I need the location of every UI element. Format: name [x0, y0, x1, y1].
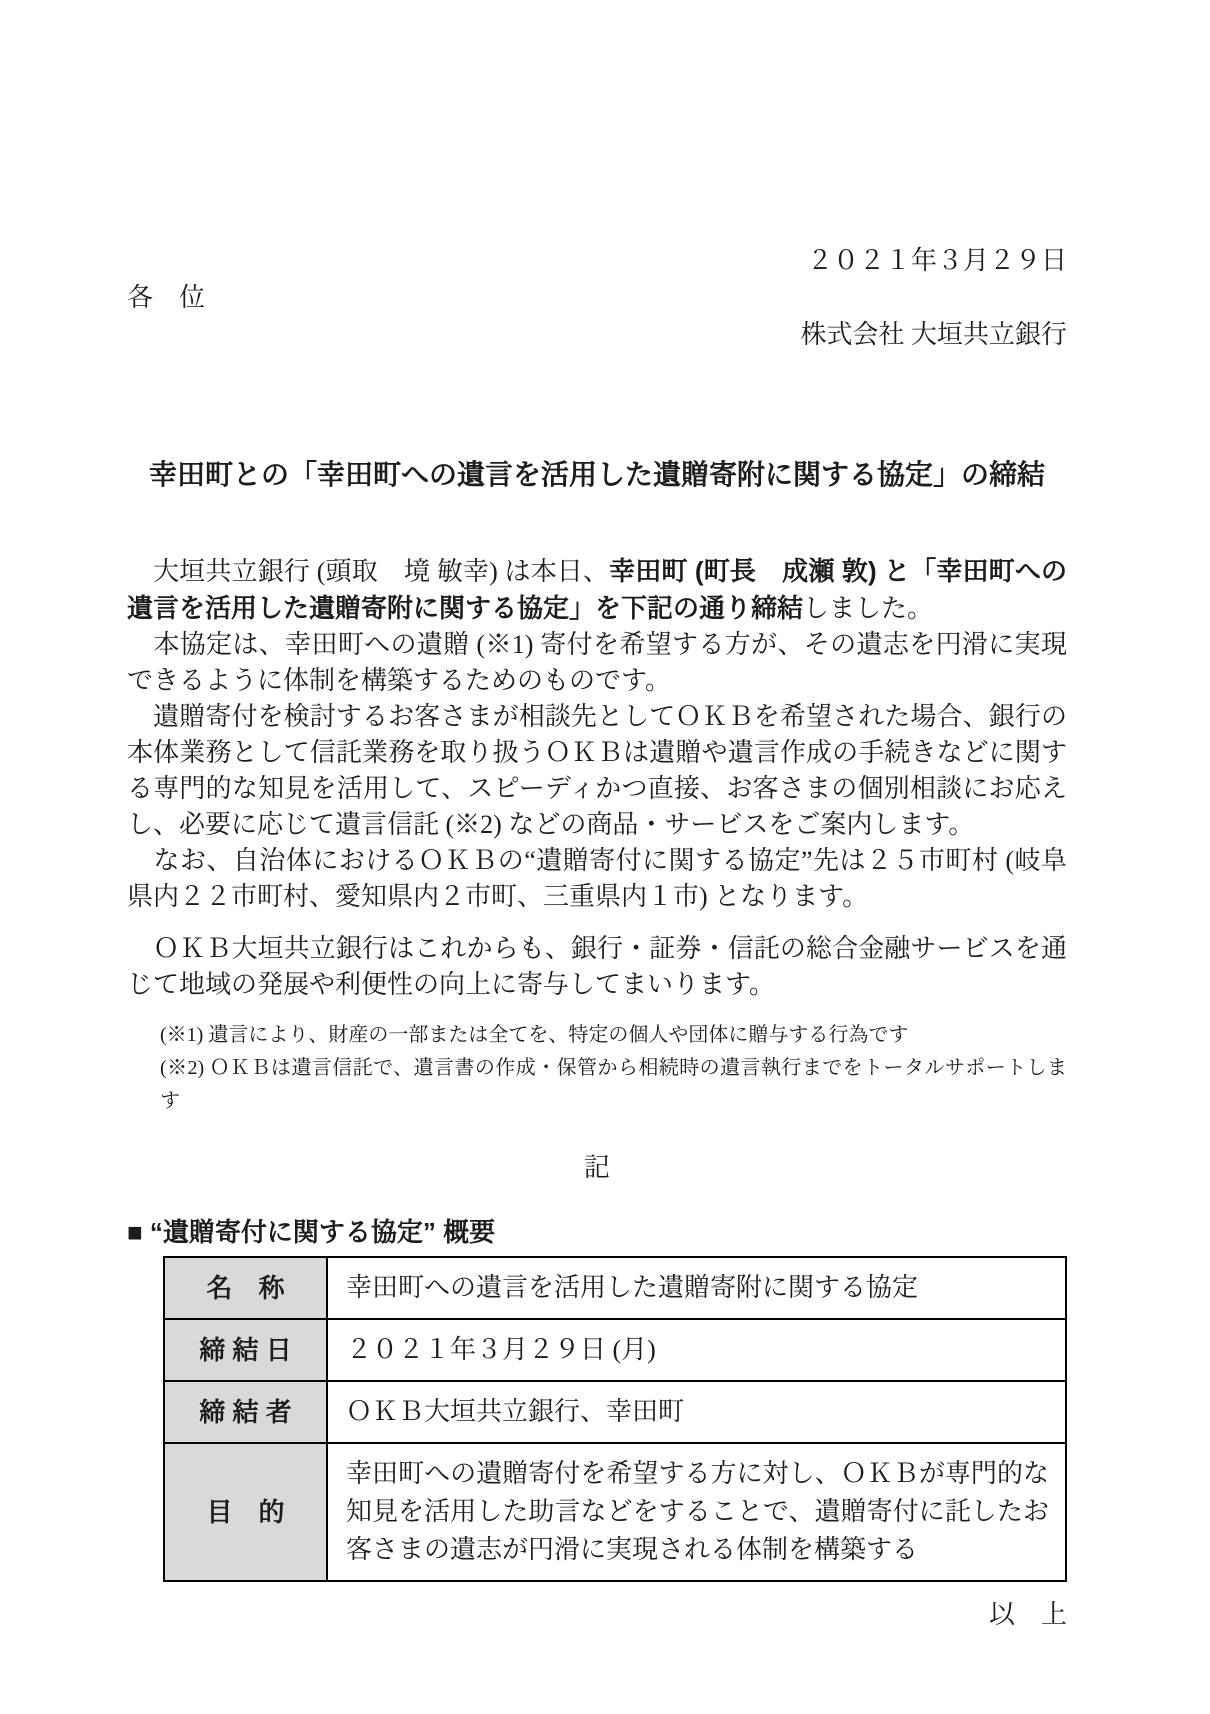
table-row-purpose: 目 的 幸田町への遺贈寄付を希望する方に対し、ＯＫＢが専門的な知見を活用した助言… [164, 1443, 1066, 1581]
row-value-date: ２０２１年３月２９日 (月) [327, 1319, 1066, 1381]
addressee: 各 位 [127, 279, 1067, 316]
footnote-2: (※2) ＯＫＢは遺言信託で、遺言書の作成・保管から相続時の遺言執行までをトータ… [160, 1052, 1067, 1118]
document-title: 幸田町との「幸田町への遺言を活用した遺贈寄附に関する協定」の締結 [127, 455, 1067, 495]
body-paragraph-2: 本協定は、幸田町への遺贈 (※1) 寄付を希望する方が、その遺志を円滑に実現でき… [127, 627, 1067, 699]
closing-mark: 以 上 [127, 1596, 1067, 1633]
section-heading: ■ “遺贈寄付に関する協定” 概要 [127, 1214, 1067, 1250]
paragraph-1-lead: 大垣共立銀行 (頭取 境 敏幸) は本日、 [127, 557, 609, 586]
body-paragraph-5: ＯＫＢ大垣共立銀行はこれからも、銀行・証券・信託の総合金融サービスを通じて地域の… [127, 931, 1067, 1003]
table-row-parties: 締 結 者 ＯＫＢ大垣共立銀行、幸田町 [164, 1381, 1066, 1443]
table-row-date: 締 結 日 ２０２１年３月２９日 (月) [164, 1319, 1066, 1381]
paragraph-1-tail: しました。 [803, 594, 933, 623]
row-label-purpose: 目 的 [164, 1443, 327, 1581]
row-label-name: 名 称 [164, 1257, 327, 1319]
press-release-page: ２０２１年３月２９日 各 位 株式会社 大垣共立銀行 幸田町との「幸田町への遺言… [0, 0, 1210, 1714]
company-name: 株式会社 大垣共立銀行 [127, 316, 1067, 353]
row-value-name: 幸田町への遺言を活用した遺贈寄附に関する協定 [327, 1257, 1066, 1319]
document-date: ２０２１年３月２９日 [127, 0, 1067, 279]
body-paragraph-4: なお、自治体におけるＯＫＢの“遺贈寄付に関する協定”先は２５市町村 (岐阜県内２… [127, 843, 1067, 915]
table-row-name: 名 称 幸田町への遺言を活用した遺贈寄附に関する協定 [164, 1257, 1066, 1319]
row-label-parties: 締 結 者 [164, 1381, 327, 1443]
row-value-parties: ＯＫＢ大垣共立銀行、幸田町 [327, 1381, 1066, 1443]
ki-marker: 記 [127, 1150, 1067, 1186]
body-text: 大垣共立銀行 (頭取 境 敏幸) は本日、幸田町 (町長 成瀬 敦) と「幸田町… [127, 553, 1067, 1003]
footnote-1: (※1) 遺言により、財産の一部または全てを、特定の個人や団体に贈与する行為です [160, 1019, 1067, 1052]
body-paragraph-1: 大垣共立銀行 (頭取 境 敏幸) は本日、幸田町 (町長 成瀬 敦) と「幸田町… [127, 553, 1067, 627]
footnotes: (※1) 遺言により、財産の一部または全てを、特定の個人や団体に贈与する行為です… [160, 1019, 1067, 1118]
row-label-date: 締 結 日 [164, 1319, 327, 1381]
agreement-summary-table: 名 称 幸田町への遺言を活用した遺贈寄附に関する協定 締 結 日 ２０２１年３月… [163, 1256, 1067, 1582]
body-paragraph-3: 遺贈寄付を検討するお客さまが相談先としてＯＫＢを希望された場合、銀行の本体業務と… [127, 699, 1067, 843]
row-value-purpose: 幸田町への遺贈寄付を希望する方に対し、ＯＫＢが専門的な知見を活用した助言などをす… [327, 1443, 1066, 1581]
